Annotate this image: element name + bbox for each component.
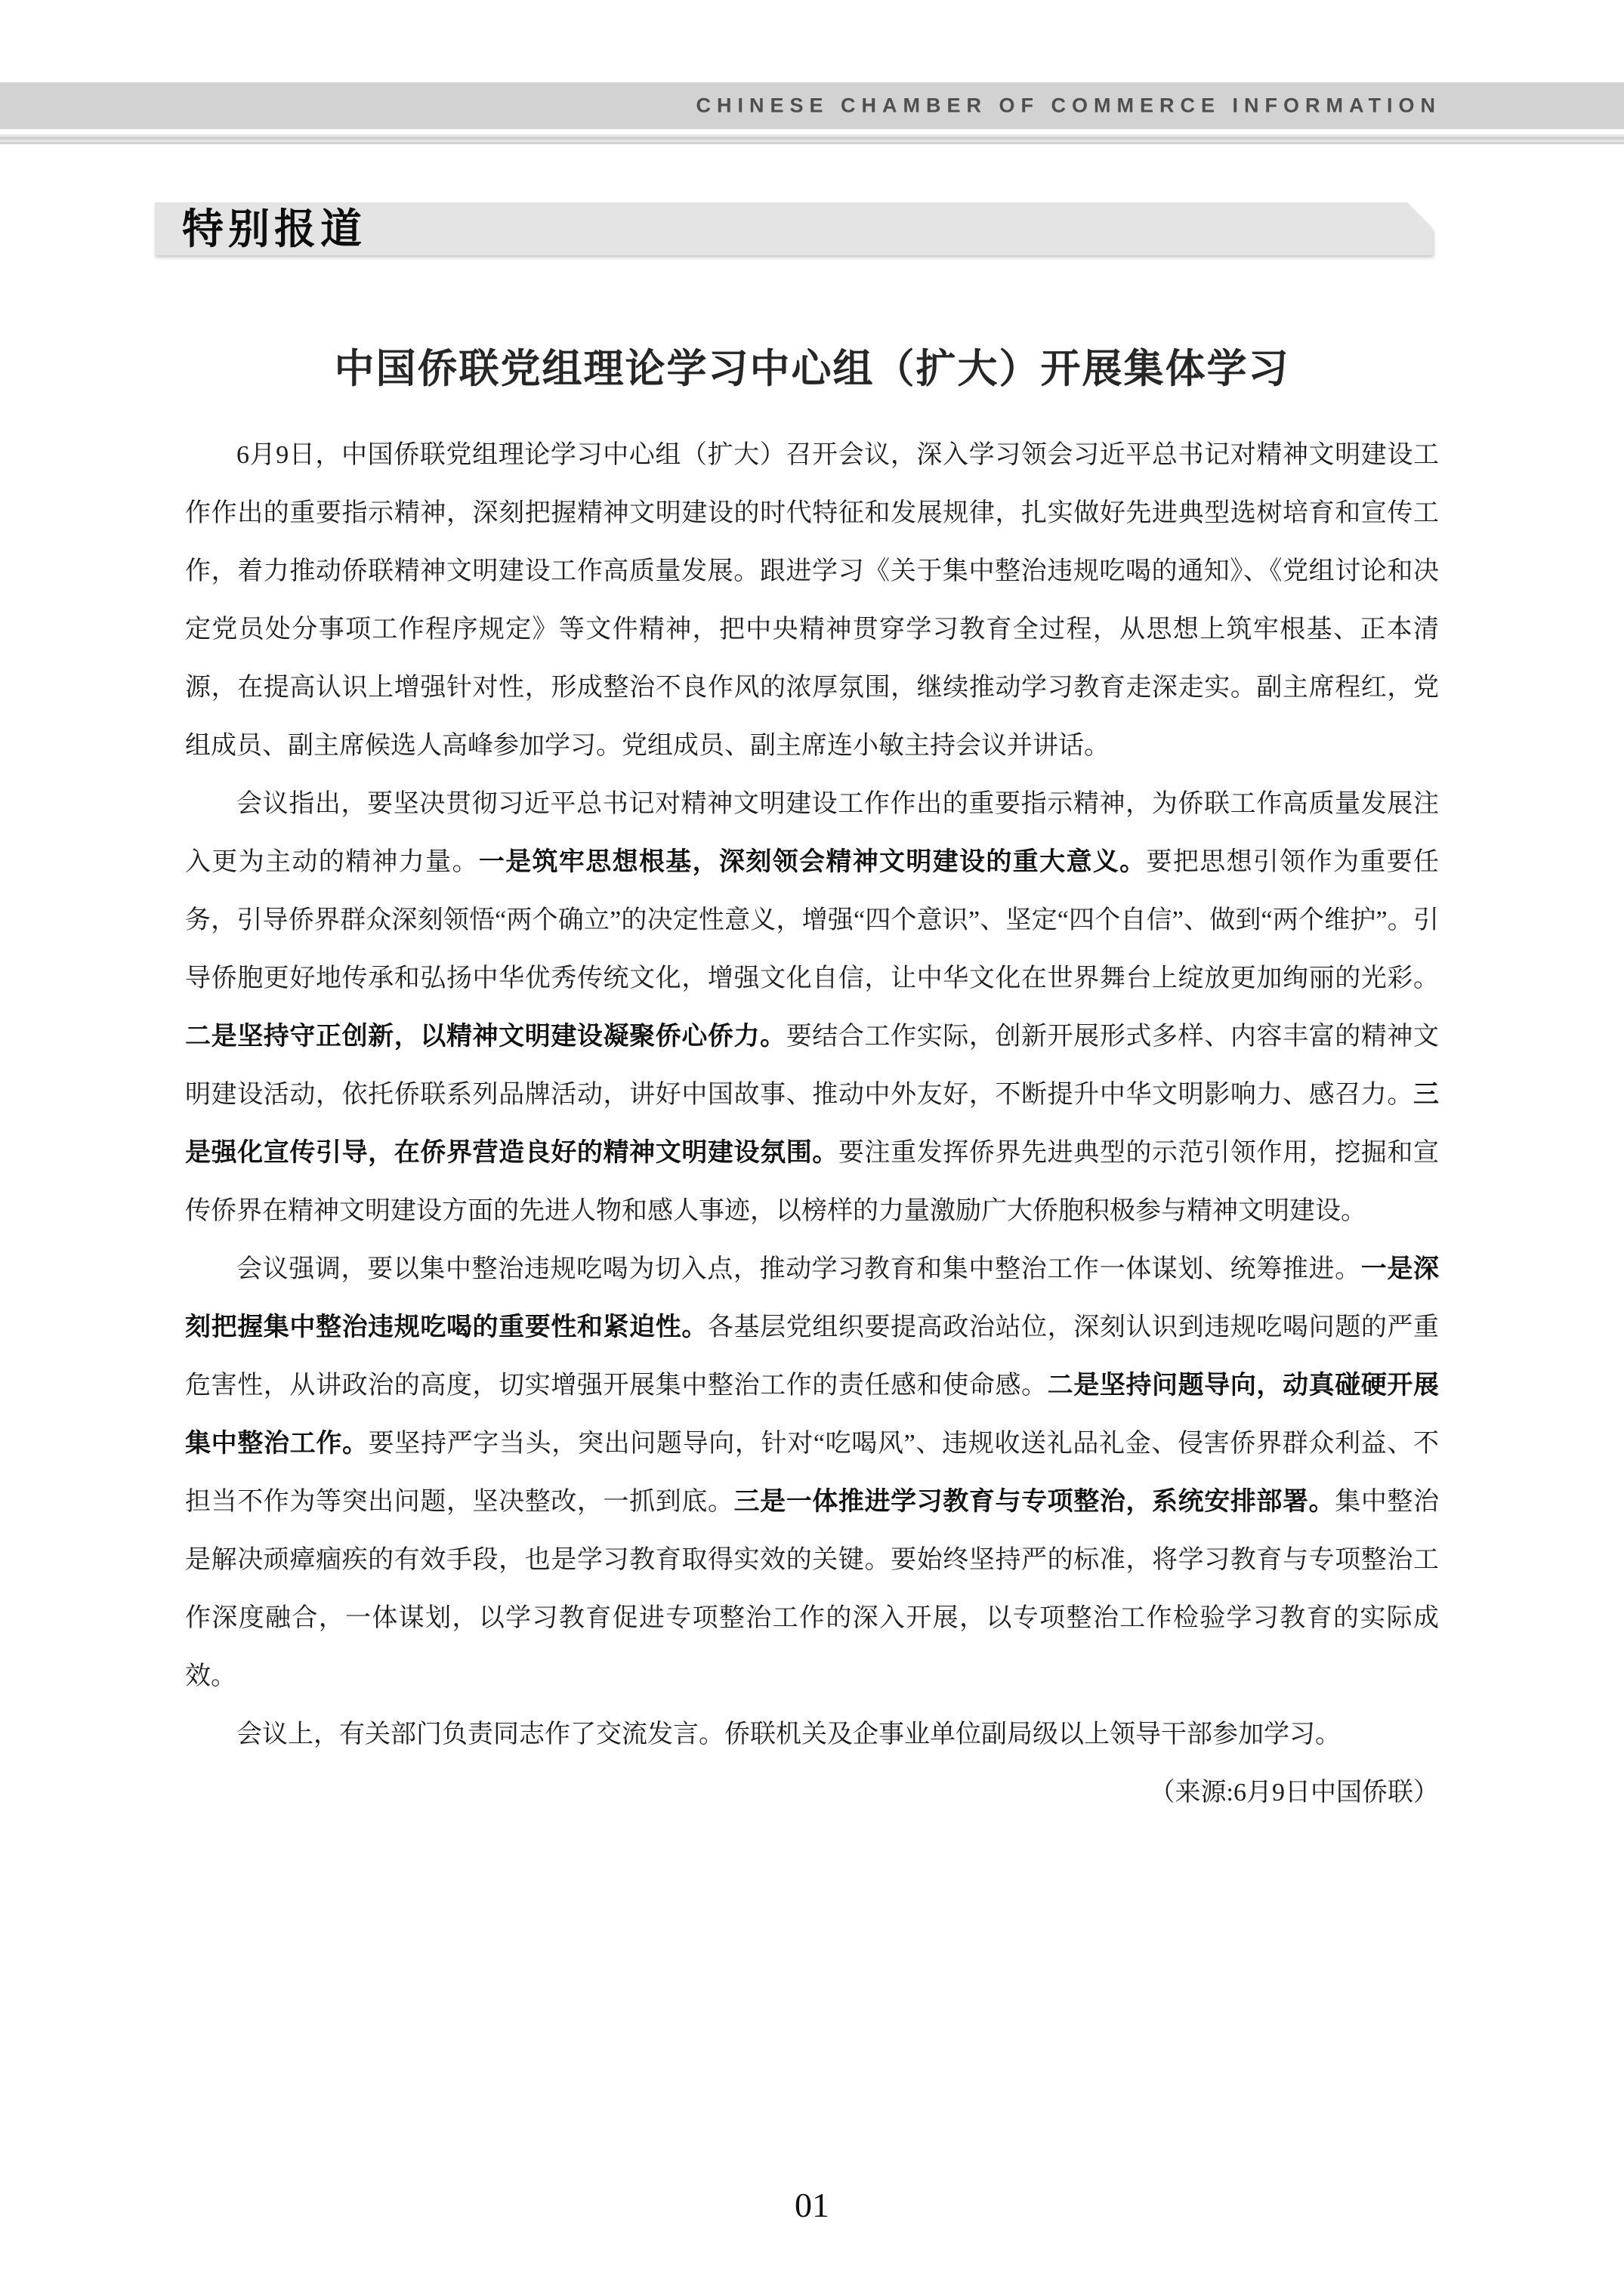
paragraph-2: 会议指出，要坚决贯彻习近平总书记对精神文明建设工作作出的重要指示精神，为侨联工作… bbox=[185, 775, 1439, 1240]
paragraph-3-segment: 会议强调，要以集中整治违规吃喝为切入点，推动学习教育和集中整治工作一体谋划、统筹… bbox=[236, 1255, 1361, 1283]
article-title: 中国侨联党组理论学习中心组（扩大）开展集体学习 bbox=[0, 337, 1624, 394]
section-banner-label: 特别报道 bbox=[155, 208, 366, 250]
paragraph-3-bold-segment: 三是一体推进学习教育与专项整治，系统安排部署。 bbox=[734, 1487, 1335, 1516]
header-band: CHINESE CHAMBER OF COMMERCE INFORMATION bbox=[0, 82, 1624, 129]
paragraph-4-segment: 会议上，有关部门负责同志作了交流发言。侨联机关及企事业单位副局级以上领导干部参加… bbox=[236, 1721, 1341, 1748]
header-divider-strip bbox=[0, 134, 1624, 144]
header-band-text: CHINESE CHAMBER OF COMMERCE INFORMATION bbox=[696, 94, 1442, 118]
article-body: 6月9日，中国侨联党组理论学习中心组（扩大）召开会议，深入学习领会习近平总书记对… bbox=[185, 426, 1439, 1822]
paragraph-2-bold-segment: 一是筑牢思想根基，深刻领会精神文明建设的重大意义。 bbox=[479, 847, 1147, 876]
paragraph-3: 会议强调，要以集中整治违规吃喝为切入点，推动学习教育和集中整治工作一体谋划、统筹… bbox=[185, 1240, 1439, 1705]
paragraph-2-bold-segment: 二是坚持守正创新，以精神文明建设凝聚侨心侨力。 bbox=[185, 1022, 786, 1051]
paragraph-4: 会议上，有关部门负责同志作了交流发言。侨联机关及企事业单位副局级以上领导干部参加… bbox=[185, 1705, 1439, 1764]
paragraph-3-segment: 集中整治是解决顽瘴痼疾的有效手段，也是学习教育取得实效的关键。要始终坚持严的标准… bbox=[185, 1488, 1439, 1690]
paragraph-1-segment: 6月9日，中国侨联党组理论学习中心组（扩大）召开会议，深入学习领会习近平总书记对… bbox=[185, 441, 1439, 760]
source-note: （来源:6月9日中国侨联） bbox=[1150, 1764, 1439, 1822]
section-banner-shape: 特别报道 bbox=[155, 202, 1433, 255]
document-page: CHINESE CHAMBER OF COMMERCE INFORMATION … bbox=[0, 0, 1624, 2293]
paragraph-1: 6月9日，中国侨联党组理论学习中心组（扩大）召开会议，深入学习领会习近平总书记对… bbox=[185, 426, 1439, 775]
section-banner: 特别报道 bbox=[155, 202, 1433, 255]
page-number: 01 bbox=[0, 2185, 1624, 2225]
